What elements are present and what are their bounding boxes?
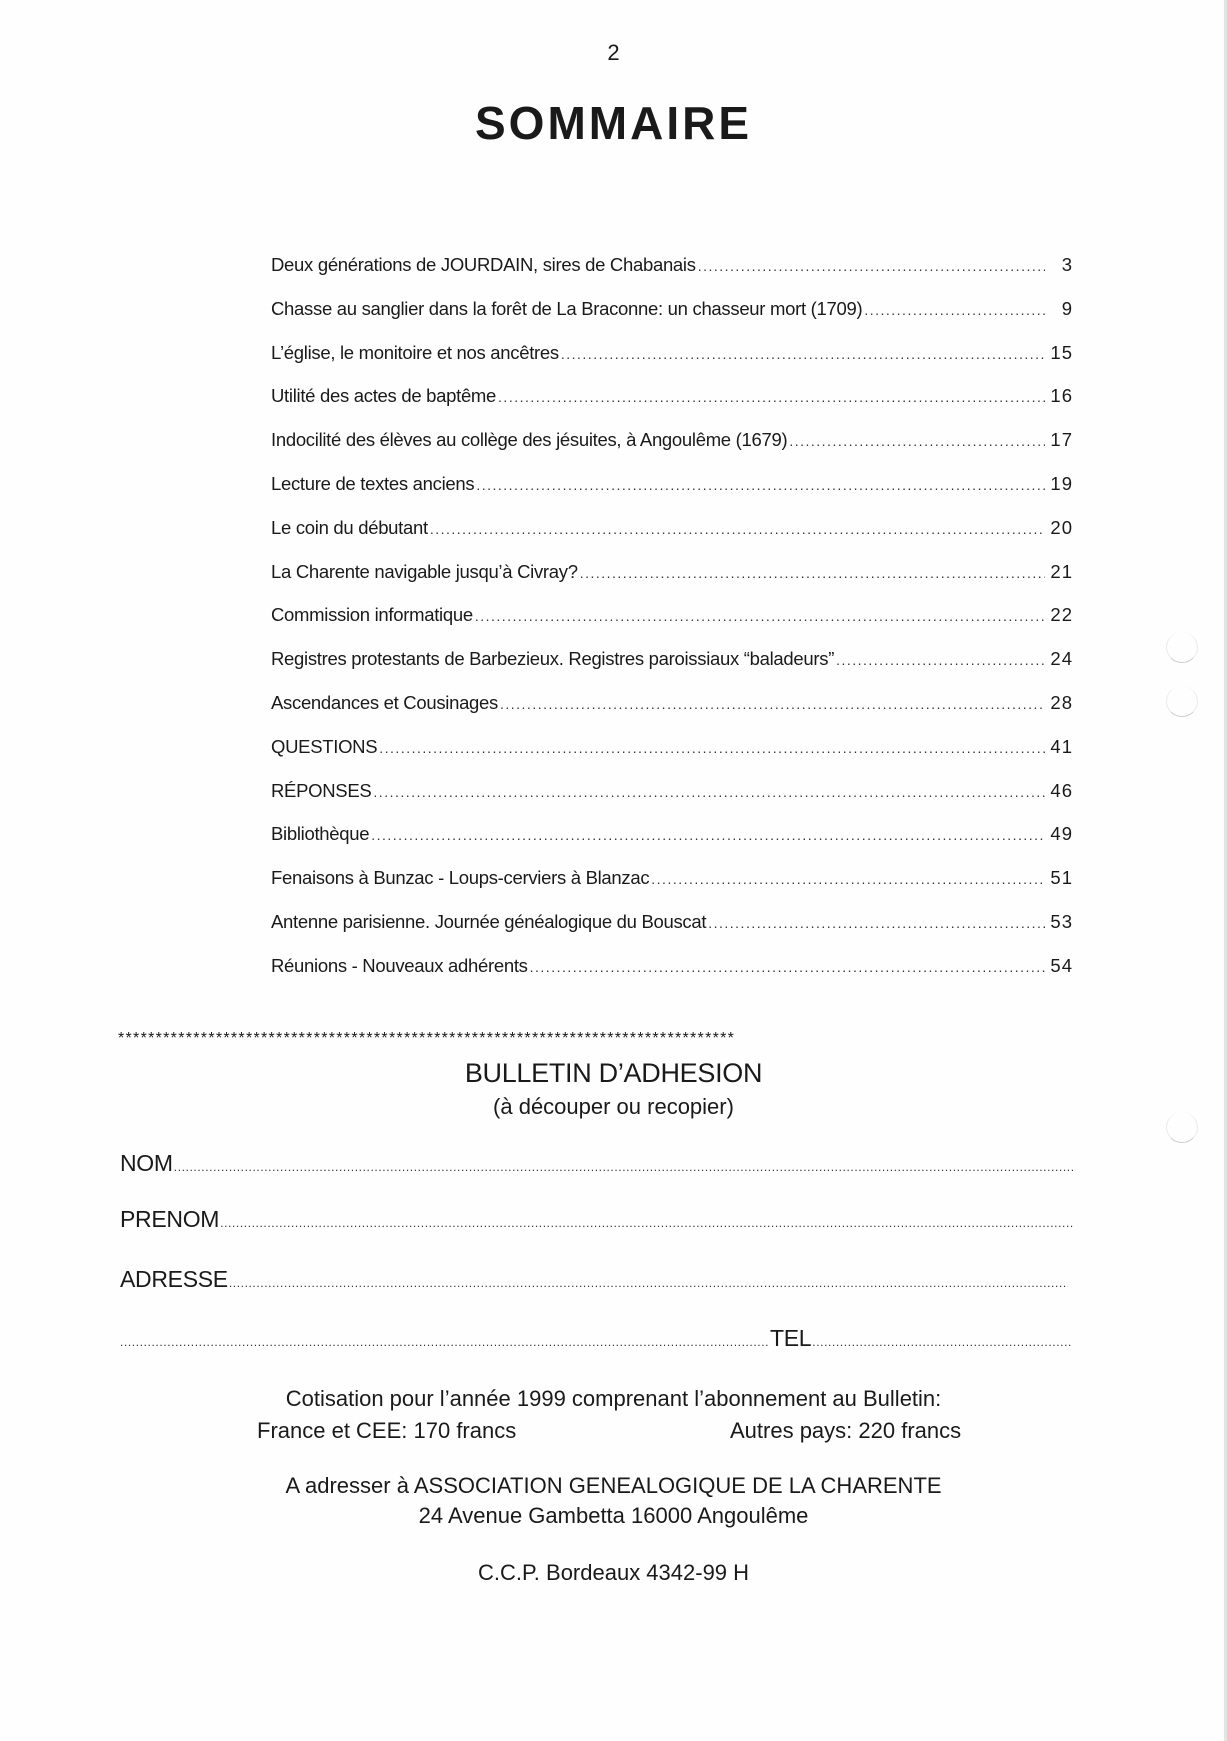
nom-dotted-line[interactable]: ........................................… (174, 1160, 1073, 1174)
tel-dotted-line[interactable]: ........................................… (812, 1335, 1073, 1349)
toc-entry-title: La Charente navigable jusqu’à Civray? (271, 561, 578, 583)
toc-entry: Le coin du débutant.....................… (271, 517, 1073, 561)
bulletin-title: BULLETIN D’ADHESION (0, 1058, 1227, 1089)
punch-hole-mark (1166, 686, 1198, 717)
toc-entry-title: Utilité des actes de baptême (271, 385, 496, 407)
table-of-contents: Deux générations de JOURDAIN, sires de C… (271, 254, 1073, 999)
adresse-continuation-dotted-line[interactable]: ........................................… (120, 1335, 770, 1349)
dot-leader: ........................................… (430, 521, 1045, 537)
toc-entry: RÉPONSES................................… (271, 780, 1073, 824)
toc-entry-title: QUESTIONS (271, 736, 377, 758)
toc-entry: Lecture de textes anciens...............… (271, 473, 1073, 517)
dot-leader: ........................................… (836, 652, 1045, 668)
tel-label: TEL (770, 1325, 811, 1352)
toc-entry-title: Réunions - Nouveaux adhérents (271, 955, 528, 977)
toc-entry-title: Fenaisons à Bunzac - Loups-cerviers à Bl… (271, 867, 649, 889)
dot-leader: ........................................… (371, 827, 1045, 843)
toc-entry-title: Indocilité des élèves au collège des jés… (271, 429, 787, 451)
toc-entry: Registres protestants de Barbezieux. Reg… (271, 648, 1073, 692)
nom-field[interactable]: NOM ....................................… (120, 1150, 1073, 1177)
toc-entry-title: Antenne parisienne. Journée généalogique… (271, 911, 706, 933)
dot-leader: ........................................… (580, 565, 1045, 581)
adresse-dotted-line[interactable]: ........................................… (229, 1276, 1068, 1290)
dot-leader: ........................................… (789, 433, 1045, 449)
toc-entry: Indocilité des élèves au collège des jés… (271, 429, 1073, 473)
toc-entry-page: 16 (1047, 385, 1073, 407)
dot-leader: ........................................… (476, 477, 1045, 493)
toc-entry-title: Commission informatique (271, 604, 473, 626)
dot-leader: ........................................… (500, 696, 1045, 712)
adresse-field[interactable]: ADRESSE ................................… (120, 1266, 1068, 1293)
toc-entry: Commission informatique.................… (271, 604, 1073, 648)
ccp-account: C.C.P. Bordeaux 4342-99 H (0, 1560, 1227, 1586)
toc-entry-page: 51 (1047, 867, 1073, 889)
cotisation-text: Cotisation pour l’année 1999 comprenant … (0, 1386, 1227, 1412)
prenom-dotted-line[interactable]: ........................................… (220, 1216, 1073, 1230)
toc-entry-title: Ascendances et Cousinages (271, 692, 498, 714)
dot-leader: ........................................… (498, 389, 1045, 405)
toc-entry: Antenne parisienne. Journée généalogique… (271, 911, 1073, 955)
bulletin-subtitle: (à découper ou recopier) (0, 1094, 1227, 1120)
punch-hole-mark (1166, 632, 1198, 663)
toc-entry-page: 15 (1047, 342, 1073, 364)
toc-entry-page: 41 (1047, 736, 1073, 758)
tel-field[interactable]: ........................................… (120, 1325, 1073, 1352)
page-number: 2 (0, 40, 1227, 66)
toc-entry: Utilité des actes de baptême............… (271, 385, 1073, 429)
price-france: France et CEE: 170 francs (257, 1418, 516, 1444)
toc-entry-title: L’église, le monitoire et nos ancêtres (271, 342, 559, 364)
dot-leader: ........................................… (561, 346, 1045, 362)
dot-leader: ........................................… (475, 608, 1045, 624)
toc-entry-page: 19 (1047, 473, 1073, 495)
toc-entry: Fenaisons à Bunzac - Loups-cerviers à Bl… (271, 867, 1073, 911)
dot-leader: ........................................… (708, 915, 1045, 931)
toc-entry-page: 17 (1047, 429, 1073, 451)
toc-entry: Ascendances et Cousinages...............… (271, 692, 1073, 736)
toc-entry-title: Deux générations de JOURDAIN, sires de C… (271, 254, 696, 276)
prenom-label: PRENOM (120, 1206, 219, 1233)
toc-entry-page: 24 (1047, 648, 1073, 670)
toc-entry-page: 21 (1047, 561, 1073, 583)
toc-entry: L’église, le monitoire et nos ancêtres..… (271, 342, 1073, 386)
prenom-field[interactable]: PRENOM .................................… (120, 1206, 1073, 1233)
address-line-2: 24 Avenue Gambetta 16000 Angoulême (0, 1503, 1227, 1529)
toc-entry-title: RÉPONSES (271, 780, 371, 802)
toc-entry-page: 22 (1047, 604, 1073, 626)
separator-stars: ****************************************… (118, 1030, 1058, 1048)
dot-leader: ........................................… (698, 258, 1045, 274)
dot-leader: ........................................… (651, 871, 1045, 887)
toc-entry-title: Bibliothèque (271, 823, 369, 845)
dot-leader: ........................................… (373, 784, 1045, 800)
toc-entry-page: 46 (1047, 780, 1073, 802)
toc-entry: Bibliothèque............................… (271, 823, 1073, 867)
toc-entry-page: 53 (1047, 911, 1073, 933)
dot-leader: ........................................… (530, 959, 1045, 975)
toc-entry-title: Le coin du débutant (271, 517, 428, 539)
dot-leader: ........................................… (864, 302, 1045, 318)
price-other: Autres pays: 220 francs (730, 1418, 961, 1444)
adresse-label: ADRESSE (120, 1266, 228, 1293)
toc-entry-page: 54 (1047, 955, 1073, 977)
toc-entry-title: Lecture de textes anciens (271, 473, 474, 495)
nom-label: NOM (120, 1150, 173, 1177)
address-line-1: A adresser à ASSOCIATION GENEALOGIQUE DE… (0, 1473, 1227, 1499)
toc-entry: Réunions - Nouveaux adhérents...........… (271, 955, 1073, 999)
toc-entry: La Charente navigable jusqu’à Civray?...… (271, 561, 1073, 605)
toc-entry-page: 9 (1047, 298, 1073, 320)
toc-entry: Deux générations de JOURDAIN, sires de C… (271, 254, 1073, 298)
toc-entry-title: Registres protestants de Barbezieux. Reg… (271, 648, 834, 670)
toc-entry-page: 28 (1047, 692, 1073, 714)
toc-entry-page: 20 (1047, 517, 1073, 539)
dot-leader: ........................................… (379, 740, 1045, 756)
toc-entry: QUESTIONS...............................… (271, 736, 1073, 780)
toc-entry: Chasse au sanglier dans la forêt de La B… (271, 298, 1073, 342)
toc-entry-page: 3 (1047, 254, 1073, 276)
toc-entry-title: Chasse au sanglier dans la forêt de La B… (271, 298, 862, 320)
page-title: SOMMAIRE (0, 96, 1227, 150)
toc-entry-page: 49 (1047, 823, 1073, 845)
